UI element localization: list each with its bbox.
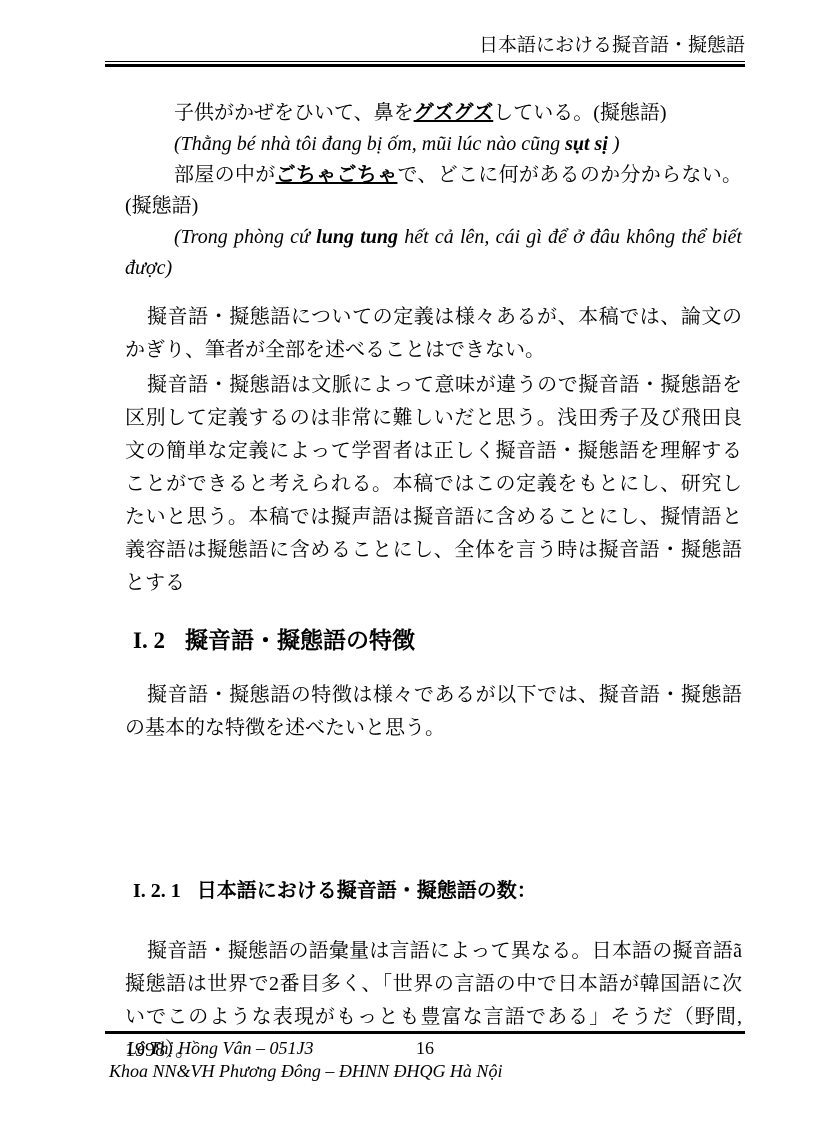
subsection-heading-i21: I. 2. 1日本語における擬音語・擬態語の数：: [133, 877, 742, 905]
section-title: 擬音語・擬態語の特徴: [185, 628, 415, 653]
example-2-jp-pre: 部屋の中が: [174, 164, 276, 186]
example-1-jp-pre: 子供がかぜをひいて、鼻を: [174, 102, 414, 124]
example-1-vi-post: ): [608, 133, 620, 155]
example-1-vi-pre: (Thằng bé nhà tôi đang bị ốm, mũi lúc nà…: [174, 133, 565, 155]
header-rule: [105, 61, 745, 67]
subsection-title: 日本語における擬音語・擬態語の数：: [197, 880, 537, 902]
paragraph-definition-discussion: 擬音語・擬態語は文脈によって意味が違うので擬音語・擬態語を区別して定義するのは非…: [125, 369, 742, 600]
page-footer: Lê Thị Hồng Vân – 051J3 16 Khoa NN&VH Ph…: [105, 1031, 745, 1083]
example-translation-vi-2: (Trong phòng cứ lung tung hết cả lên, cá…: [125, 222, 742, 284]
example-2-vi-keyword: lung tung: [316, 226, 398, 248]
page-content: 子供がかぜをひいて、鼻をグズグズしている。(擬態語) (Thằng bé nhà…: [125, 98, 742, 1067]
example-sentence-jp-1: 子供がかぜをひいて、鼻をグズグズしている。(擬態語): [125, 98, 742, 129]
example-translation-vi-1: (Thằng bé nhà tôi đang bị ốm, mũi lúc nà…: [125, 129, 742, 160]
footer-department: Khoa NN&VH Phương Đông – ĐHNN ĐHQG Hà Nộ…: [105, 1060, 745, 1083]
footer-author-row: Lê Thị Hồng Vân – 051J3 16: [105, 1037, 745, 1060]
section-number: I. 2: [133, 628, 165, 653]
example-1-onomatopoeia: グズグズ: [414, 102, 494, 124]
page-header: 日本語における擬音語・擬態語: [105, 34, 745, 67]
example-2-vi-pre: (Trong phòng cứ: [174, 226, 316, 248]
footer-rule: [105, 1031, 745, 1034]
example-2-onomatopoeia: ごちゃごちゃ: [276, 164, 398, 186]
example-1-vi-keyword: sụt sị: [565, 133, 608, 155]
paragraph-features-intro: 擬音語・擬態語の特徴は様々であるが以下では、擬音語・擬態語の基本的な特徴を述べた…: [125, 679, 742, 745]
subsection-number: I. 2. 1: [133, 880, 181, 902]
page-number: 16: [105, 1037, 745, 1060]
paragraph-definitions-intro: 擬音語・擬態語についての定義は様々あるが、本稿では、論文のかぎり、筆者が全部を述…: [125, 301, 742, 367]
section-heading-i2: I. 2擬音語・擬態語の特徴: [133, 626, 742, 656]
example-1-jp-post: している。(擬態語): [493, 102, 666, 124]
document-page: 日本語における擬音語・擬態語 子供がかぜをひいて、鼻をグズグズしている。(擬態語…: [0, 0, 816, 1123]
example-sentence-jp-2: 部屋の中がごちゃごちゃで、どこに何があるのか分からない。(擬態語): [125, 160, 742, 222]
running-head-title: 日本語における擬音語・擬態語: [105, 34, 745, 58]
